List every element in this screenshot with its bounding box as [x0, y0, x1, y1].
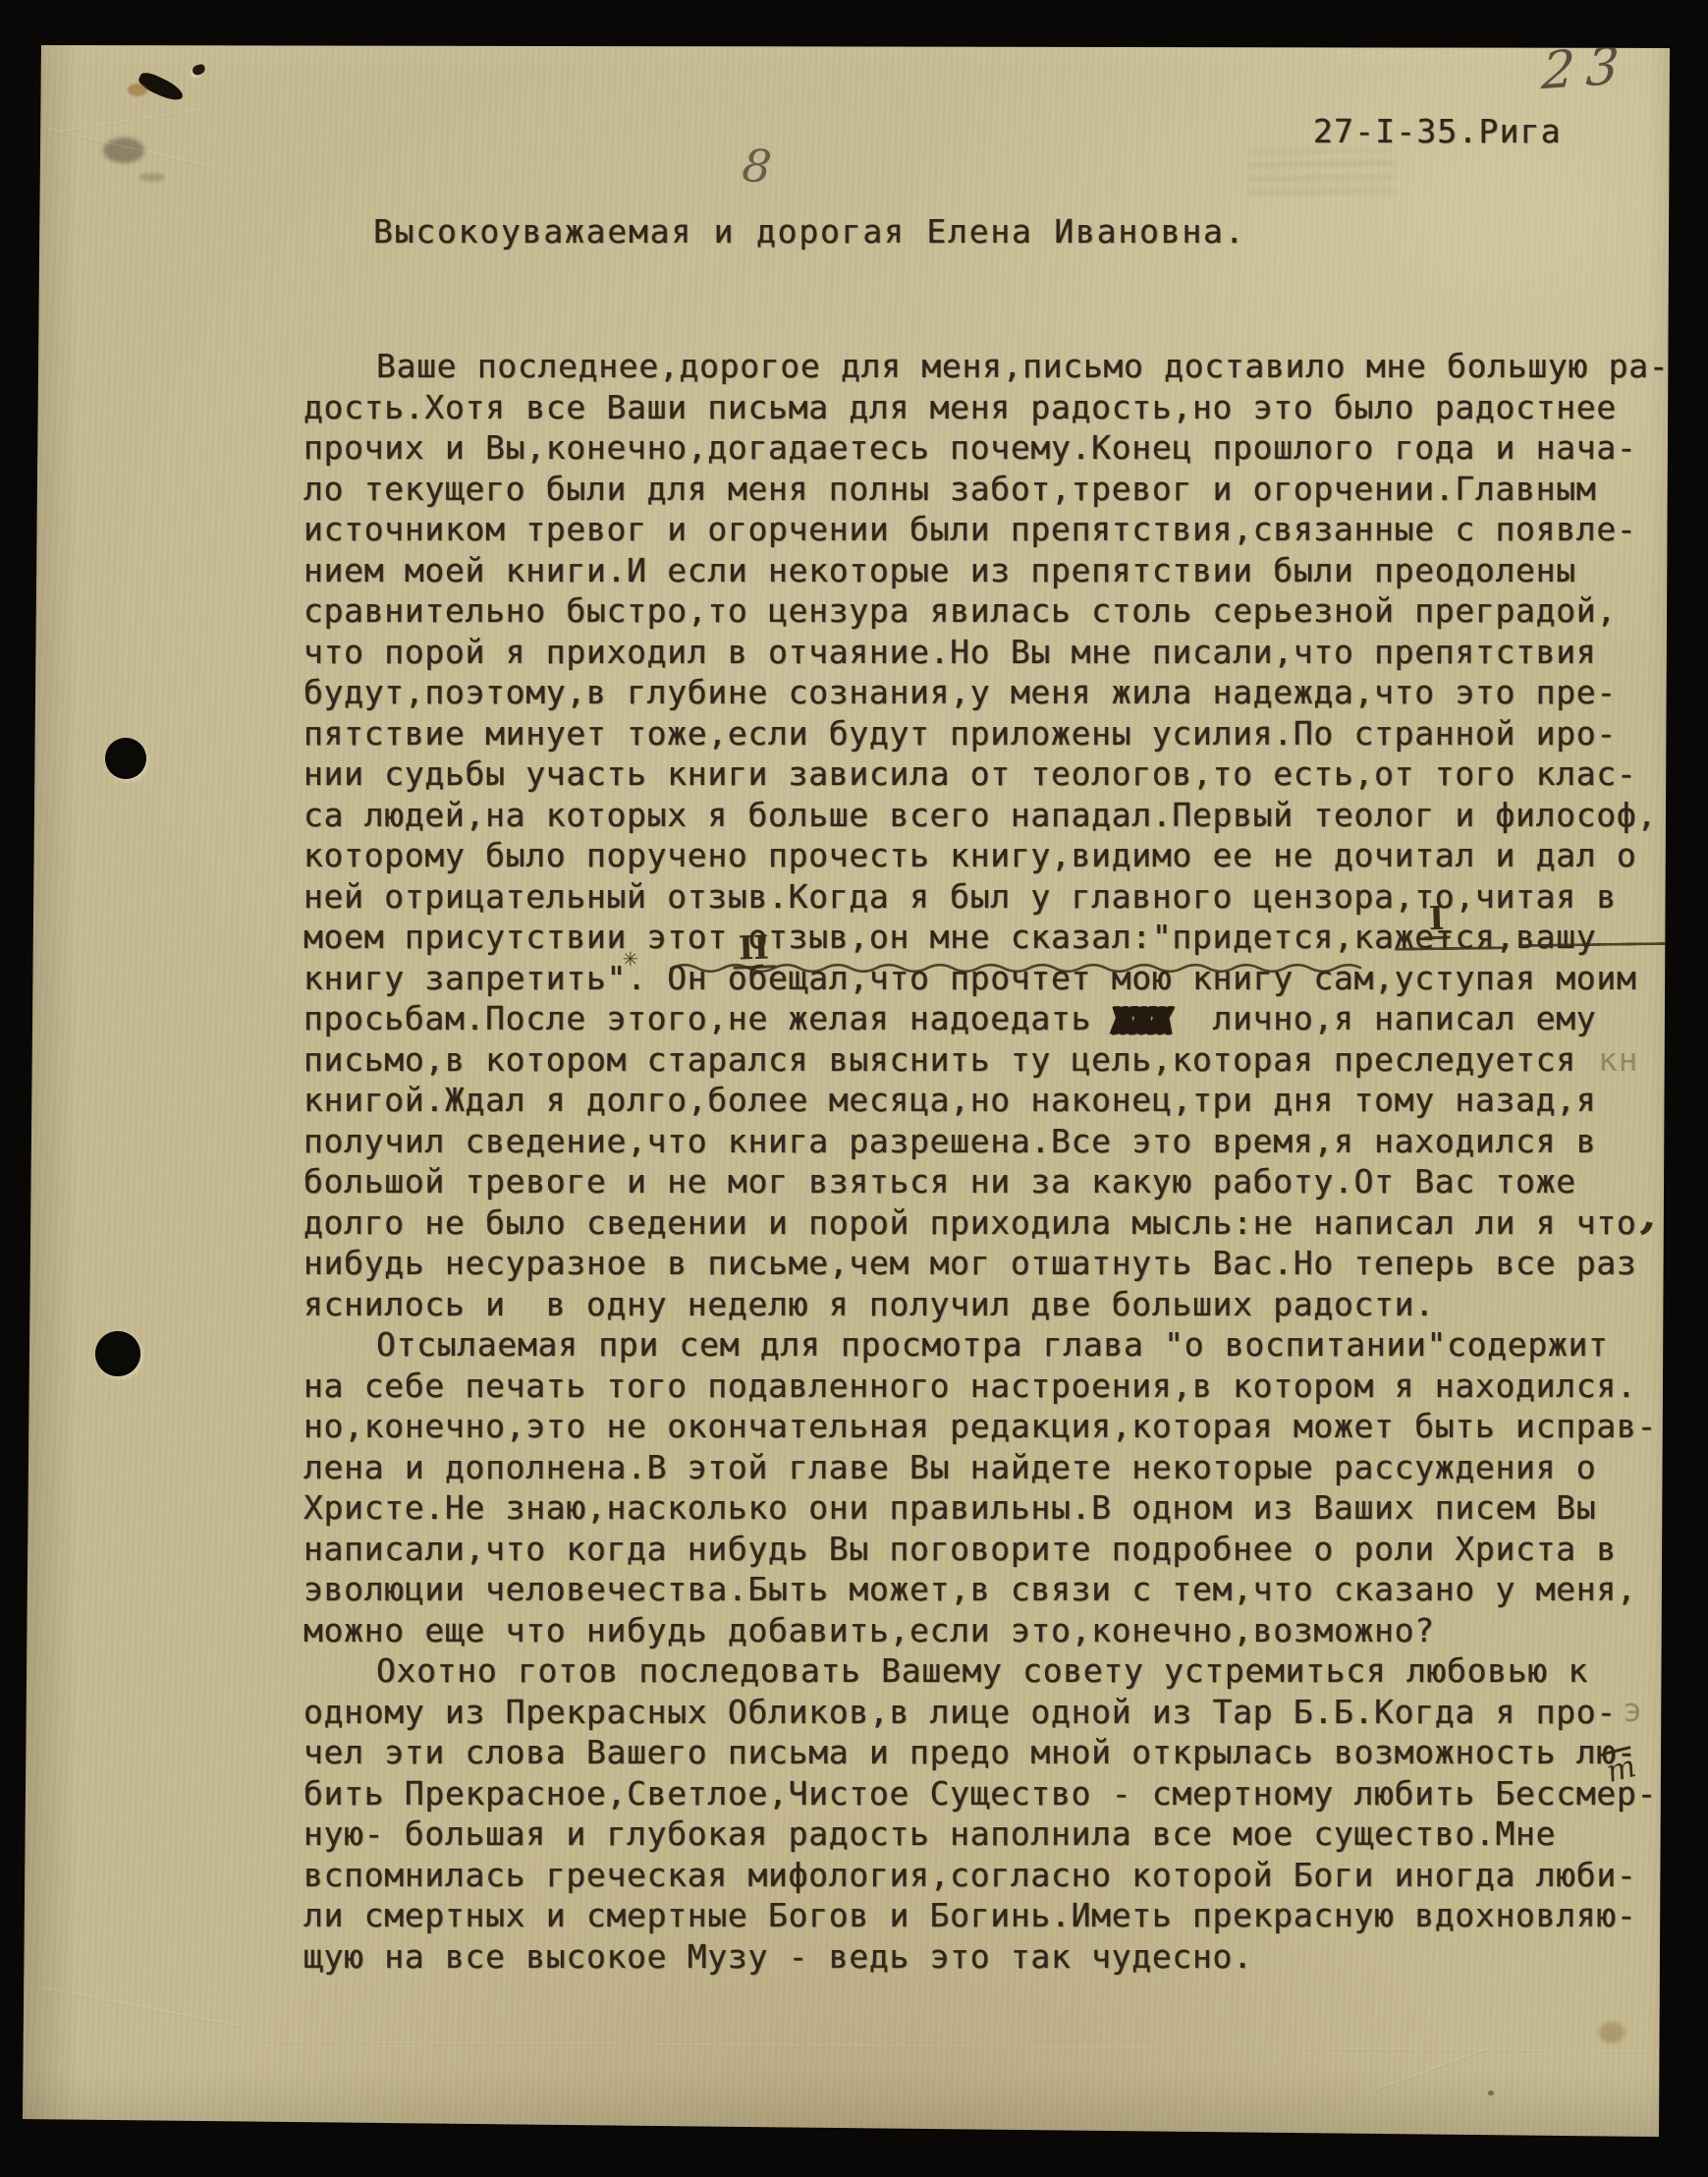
letter-line: ней отрицательный отзыв.Когда я был у гл… [303, 876, 1669, 918]
faint-typed-kn: кн [1598, 1043, 1638, 1076]
letter-line: большой тревоге и не мог взяться ни за к… [303, 1161, 1669, 1202]
letter-line: нии судьбы участь книги зависила от теол… [303, 754, 1669, 795]
dateline: 27-I-35.Рига [1313, 112, 1562, 150]
letter-line: Христе.Не знаю,насколько они правильны.В… [303, 1487, 1669, 1529]
stain-bottom-right [1599, 2022, 1625, 2043]
letter-line: просьбам.После этого,не желая надоедать … [303, 998, 1669, 1039]
letter-line: но,конечно,это не окончательная редакция… [303, 1406, 1669, 1447]
letter-line: яснилось и в одну неделю я получил две б… [303, 1284, 1669, 1325]
letter-line: нибудь несуразное в письме,чем мог отшат… [303, 1243, 1669, 1284]
letter-line: чел эти слова Вашего письма и предо мной… [303, 1732, 1669, 1773]
letter-line: Охотно готов последовать Вашему совету у… [303, 1650, 1669, 1692]
letter-body: Ваше последнее,дорогое для меня,письмо д… [303, 346, 1669, 1977]
letter-line: лена и дополнена.В этой главе Вы найдете… [303, 1447, 1669, 1488]
letter-line: эволюции человечества.Быть может,в связи… [303, 1569, 1669, 1610]
crease-bottom-right [1374, 2045, 1495, 2092]
crease-bottom-band [255, 2040, 1650, 2053]
letter-line: сравнительно быстро,то цензура явилась с… [303, 590, 1669, 632]
roman-numeral-i-mark: I [1422, 902, 1451, 940]
typed-strikeout-word: ЖЖЖ [1110, 1002, 1170, 1039]
ghost-impression [1247, 148, 1396, 196]
hole-punch-top [105, 738, 146, 779]
letter-line: книгой.Ждал я долго,более месяца,но нако… [303, 1080, 1669, 1121]
asterisk-mark: ✳ [623, 945, 638, 971]
letter-line: вспомнилась греческая мифология,согласно… [303, 1855, 1669, 1896]
letter-line: пятствие минует тоже,если будут приложен… [303, 713, 1669, 754]
letter-line: дость.Хотя все Ваши письма для меня радо… [303, 387, 1669, 428]
letter-line: ную- большая и глубокая радость наполнил… [303, 1814, 1669, 1855]
scanned-letter-page: 27-I-35.Рига Высокоуважаемая и дорогая Е… [0, 0, 1708, 2177]
letter-line: ли смертных и смертные Богов и Богинь.Им… [303, 1895, 1669, 1936]
letter-line: будут,поэтому,в глубине сознания,у меня … [303, 672, 1669, 713]
crease-bottom-left [41, 1986, 245, 2029]
letter-line: получил сведение,что книга разрешена.Все… [303, 1121, 1669, 1162]
letter-line: Ваше последнее,дорогое для меня,письмо д… [303, 346, 1669, 387]
letter-line: са людей,на которых я больше всего напад… [303, 795, 1669, 836]
letter-line: бить Прекрасное,Светлое,Чистое Существо … [303, 1773, 1669, 1814]
salutation: Высокоуважаемая и дорогая Елена Ивановна… [373, 212, 1245, 251]
letter-line: можно еще что нибудь добавить,если это,к… [303, 1610, 1669, 1651]
wavy-underline [671, 959, 1349, 977]
pencil-sheet-number: 8 [741, 142, 774, 191]
ink-blot-tinge [128, 84, 147, 96]
letter-line: моем присутствии этот отзыв,он мне сказа… [303, 917, 1669, 958]
letter-line: ло текущего были для меня полны забот,тр… [303, 469, 1669, 510]
grey-smudge-small [139, 173, 165, 182]
letter-line: одному из Прекрасных Обликов,в лице одно… [303, 1692, 1669, 1733]
crease-top-left-1 [47, 128, 215, 169]
hole-punch-bottom [95, 1331, 140, 1376]
letter-line: Отсылаемая при сем для просмотра глава "… [303, 1324, 1669, 1366]
speck-bottom [1488, 2091, 1494, 2095]
letter-line: источником тревог и огорчении были препя… [303, 509, 1669, 550]
letter-line: долго не было сведении и порой приходила… [303, 1202, 1669, 1244]
letter-line: прочих и Вы,конечно,догадаетесь почему.К… [303, 427, 1669, 469]
letter-line: что порой я приходил в отчаяние.Но Вы мн… [303, 632, 1669, 673]
letter-line: письмо,в котором старался выяснить ту це… [303, 1039, 1669, 1081]
paper-sheet: 27-I-35.Рига Высокоуважаемая и дорогая Е… [0, 0, 1708, 2177]
letter-line: нием моей книги.И если некоторые из преп… [303, 550, 1669, 591]
faint-typed-e: э [1623, 1694, 1643, 1726]
letter-line: написали,что когда нибудь Вы поговорите … [303, 1529, 1669, 1570]
crease-top-left-2 [55, 108, 201, 134]
letter-line: щую на все высокое Музу - ведь это так ч… [303, 1936, 1669, 1978]
letter-line: которому было поручено прочесть книгу,ви… [303, 835, 1669, 876]
paper-nick [192, 63, 206, 77]
pencil-corner-number: 23 [1540, 40, 1632, 98]
letter-line: на себе печать того подавленного настрое… [303, 1366, 1669, 1407]
